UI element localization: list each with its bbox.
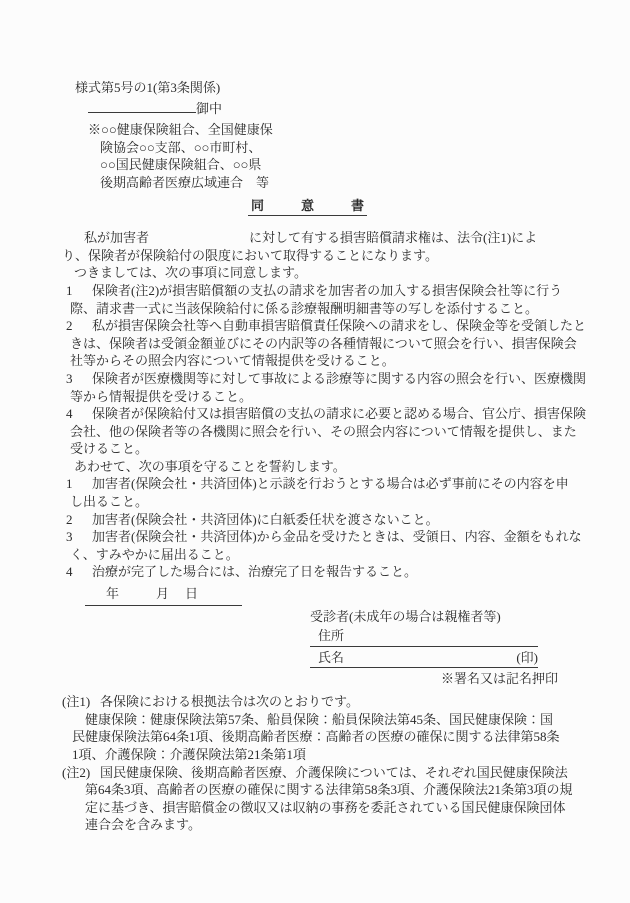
addressee-suffix: 御中 (196, 101, 222, 116)
consent-items-list: 1保険者(注2)が損害賠償額の支払の請求を加害者の加入する損害保険会社等に行う … (62, 282, 630, 458)
footnote-line: 定に基づき、損害賠償金の徴収又は収納の事務を委託されている国民健康保険団体 (85, 799, 630, 817)
item-number: 2 (66, 511, 92, 529)
footnote-line: 連合会を含みます。 (85, 816, 630, 834)
addressee-line: 御中 (88, 98, 630, 118)
item-number: 3 (66, 370, 92, 388)
title-char: 同 (251, 197, 264, 215)
addressee-blank-field (88, 98, 196, 113)
list-item-line: 3保険者が医療機関等に対して事故による診療等に関する内容の照会を行い、医療機関 (66, 370, 630, 388)
signer-label: 受診者(未成年の場合は親権者等) (310, 608, 558, 626)
item-number: 2 (66, 317, 92, 335)
addressee-example-line: ※○○健康保険組合、全国健康保 (88, 121, 630, 139)
item-text: 保険者が保険給付又は損害賠償の支払の請求に必要と認める場合、官公庁、損害保険 (92, 406, 586, 421)
footnote-line: (注2)国民健康保険、後期高齢者医療、介護保険については、それぞれ国民健康保険法 (62, 764, 630, 782)
intro-line: つきましては、次の事項に同意します。 (74, 264, 630, 282)
intro-post-text: に対して有する損害賠償請求権は、法令(注1)によ (249, 230, 537, 245)
footnote-line: 健康保険：健康保険法第57条、船員保険：船員保険法第45条、国民健康保険：国 (85, 711, 630, 729)
seal-mark: (印) (516, 648, 538, 668)
footnote-line: (注1)各保険における根拠法令は次のとおりです。 (62, 693, 630, 711)
footnote-line: 第64条3項、高齢者の医療の確保に関する法律第58条3項、介護保険法21条第3項… (85, 781, 630, 799)
item-text: 加害者(保険会社・共済団体)と示談を行おうとする場合は必ず事前にその内容を申 (92, 476, 569, 491)
name-fill-in-row: 氏名 (印) (310, 648, 538, 669)
addressee-example-line: ○○国民健康保険組合、○○県 (100, 156, 630, 174)
pledge-intro: あわせて、次の事項を守ることを誓約します。 (74, 458, 630, 476)
date-fill-in-line: 年 月 日 (85, 585, 242, 606)
title-char: 意 (301, 197, 314, 215)
pledge-item: 3加害者(保険会社・共済団体)から金品を受けたときは、受領日、内容、金額をもれな… (62, 528, 630, 563)
address-fill-in-row: 住所 (310, 626, 538, 647)
signature-note: ※署名又は記名押印 (310, 670, 558, 688)
addressee-examples: ※○○健康保険組合、全国健康保 険協会○○支部、○○市町村、 ○○国民健康保険組… (62, 121, 630, 191)
pledge-item: 2加害者(保険会社・共済団体)に白紙委任状を渡さないこと。 (62, 511, 630, 529)
item-text: 加害者(保険会社・共済団体)から金品を受けたときは、受領日、内容、金額をもれな (92, 529, 582, 544)
item-text: 保険者が医療機関等に対して事故による診療等に関する内容の照会を行い、医療機関 (92, 371, 586, 386)
intro-line: 私が加害者に対して有する損害賠償請求権は、法令(注1)によ (84, 229, 630, 247)
list-item-line: きは、保険者は受領金額並びにその内訳等の各種情報について照会を行い、損害保険会 (70, 335, 630, 353)
list-item-line: 際、請求書一式に当該保険給付に係る診療報酬明細書等の写しを添付すること。 (70, 300, 630, 318)
consent-item: 1保険者(注2)が損害賠償額の支払の請求を加害者の加入する損害保険会社等に行う … (62, 282, 630, 317)
name-label: 氏名 (318, 648, 344, 668)
footnote-text: 各保険における根拠法令は次のとおりです。 (100, 694, 359, 709)
item-number: 1 (66, 475, 92, 493)
addressee-example-line: 険協会○○支部、○○市町村、 (100, 139, 630, 157)
intro-pre-text: 私が加害者 (84, 230, 149, 245)
footnotes: (注1)各保険における根拠法令は次のとおりです。 健康保険：健康保険法第57条、… (62, 693, 630, 834)
year-label: 年 (106, 585, 119, 603)
item-text: 私が損害保険会社等へ自動車損害賠償責任保険への請求をし、保険金等を受領したと (92, 318, 586, 333)
intro-paragraph: 私が加害者に対して有する損害賠償請求権は、法令(注1)によ り、保険者が保険給付… (62, 229, 630, 282)
footnote-text: 国民健康保険、後期高齢者医療、介護保険については、それぞれ国民健康保険法 (100, 765, 568, 780)
footnote-1: (注1)各保険における根拠法令は次のとおりです。 健康保険：健康保険法第57条、… (62, 693, 630, 763)
form-number: 様式第5号の1(第3条関係) (75, 79, 630, 97)
list-item-line: 1保険者(注2)が損害賠償額の支払の請求を加害者の加入する損害保険会社等に行う (66, 282, 630, 300)
pledge-item: 1加害者(保険会社・共済団体)と示談を行おうとする場合は必ず事前にその内容を申 … (62, 475, 630, 510)
day-label: 日 (185, 585, 198, 603)
consent-item: 4保険者が保険給付又は損害賠償の支払の請求に必要と認める場合、官公庁、損害保険 … (62, 405, 630, 458)
item-number: 4 (66, 405, 92, 423)
document-title: 同 意 書 (248, 197, 367, 217)
item-text: 保険者(注2)が損害賠償額の支払の請求を加害者の加入する損害保険会社等に行う (92, 283, 562, 298)
list-item-line: く、すみやかに届出ること。 (70, 546, 630, 564)
consent-item: 2私が損害保険会社等へ自動車損害賠償責任保険への請求をし、保険金等を受領したと … (62, 317, 630, 370)
consent-form-document: 様式第5号の1(第3条関係) 御中 ※○○健康保険組合、全国健康保 険協会○○支… (0, 0, 630, 903)
footnote-line: 1項、介護保険：介護保険法第21条第1項 (72, 746, 630, 764)
pledge-items-list: 1加害者(保険会社・共済団体)と示談を行おうとする場合は必ず事前にその内容を申 … (62, 475, 630, 581)
item-text: 治療が完了した場合には、治療完了日を報告すること。 (92, 564, 417, 579)
intro-line: り、保険者が保険給付の限度において取得することになります。 (62, 247, 630, 265)
address-label: 住所 (318, 626, 344, 646)
footnote-label: (注1) (62, 693, 100, 711)
list-item-line: 社等からその照会内容について情報提供を受けること。 (70, 352, 630, 370)
item-number: 1 (66, 282, 92, 300)
list-item-line: 会社、他の保険者等の各機関に照会を行い、その照会内容について情報を提供し、また (70, 423, 630, 441)
footnote-line: 民健康保険法第64条1項、後期高齢者医療：高齢者の医療の確保に関する法律第58条 (72, 728, 630, 746)
signer-block: 受診者(未成年の場合は親権者等) 住所 氏名 (印) ※署名又は記名押印 (310, 608, 558, 689)
footnote-2: (注2)国民健康保険、後期高齢者医療、介護保険については、それぞれ国民健康保険法… (62, 764, 630, 834)
list-item-line: 2加害者(保険会社・共済団体)に白紙委任状を渡さないこと。 (66, 511, 630, 529)
list-item-line: 3加害者(保険会社・共済団体)から金品を受けたときは、受領日、内容、金額をもれな (66, 528, 630, 546)
list-item-line: 2私が損害保険会社等へ自動車損害賠償責任保険への請求をし、保険金等を受領したと (66, 317, 630, 335)
list-item-line: 受けること。 (70, 440, 630, 458)
item-number: 3 (66, 528, 92, 546)
footnote-label: (注2) (62, 764, 100, 782)
list-item-line: し出ること。 (70, 493, 630, 511)
list-item-line: 4保険者が保険給付又は損害賠償の支払の請求に必要と認める場合、官公庁、損害保険 (66, 405, 630, 423)
item-number: 4 (66, 563, 92, 581)
perpetrator-name-blank (149, 230, 249, 242)
list-item-line: 1加害者(保険会社・共済団体)と示談を行おうとする場合は必ず事前にその内容を申 (66, 475, 630, 493)
list-item-line: 4治療が完了した場合には、治療完了日を報告すること。 (66, 563, 630, 581)
consent-item: 3保険者が医療機関等に対して事故による診療等に関する内容の照会を行い、医療機関 … (62, 370, 630, 405)
pledge-item: 4治療が完了した場合には、治療完了日を報告すること。 (62, 563, 630, 581)
month-label: 月 (156, 585, 169, 603)
title-char: 書 (351, 197, 364, 215)
list-item-line: 等から情報提供を受けること。 (70, 388, 630, 406)
item-text: 加害者(保険会社・共済団体)に白紙委任状を渡さないこと。 (92, 512, 439, 527)
addressee-example-line: 後期高齢者医療広域連合 等 (100, 174, 630, 192)
